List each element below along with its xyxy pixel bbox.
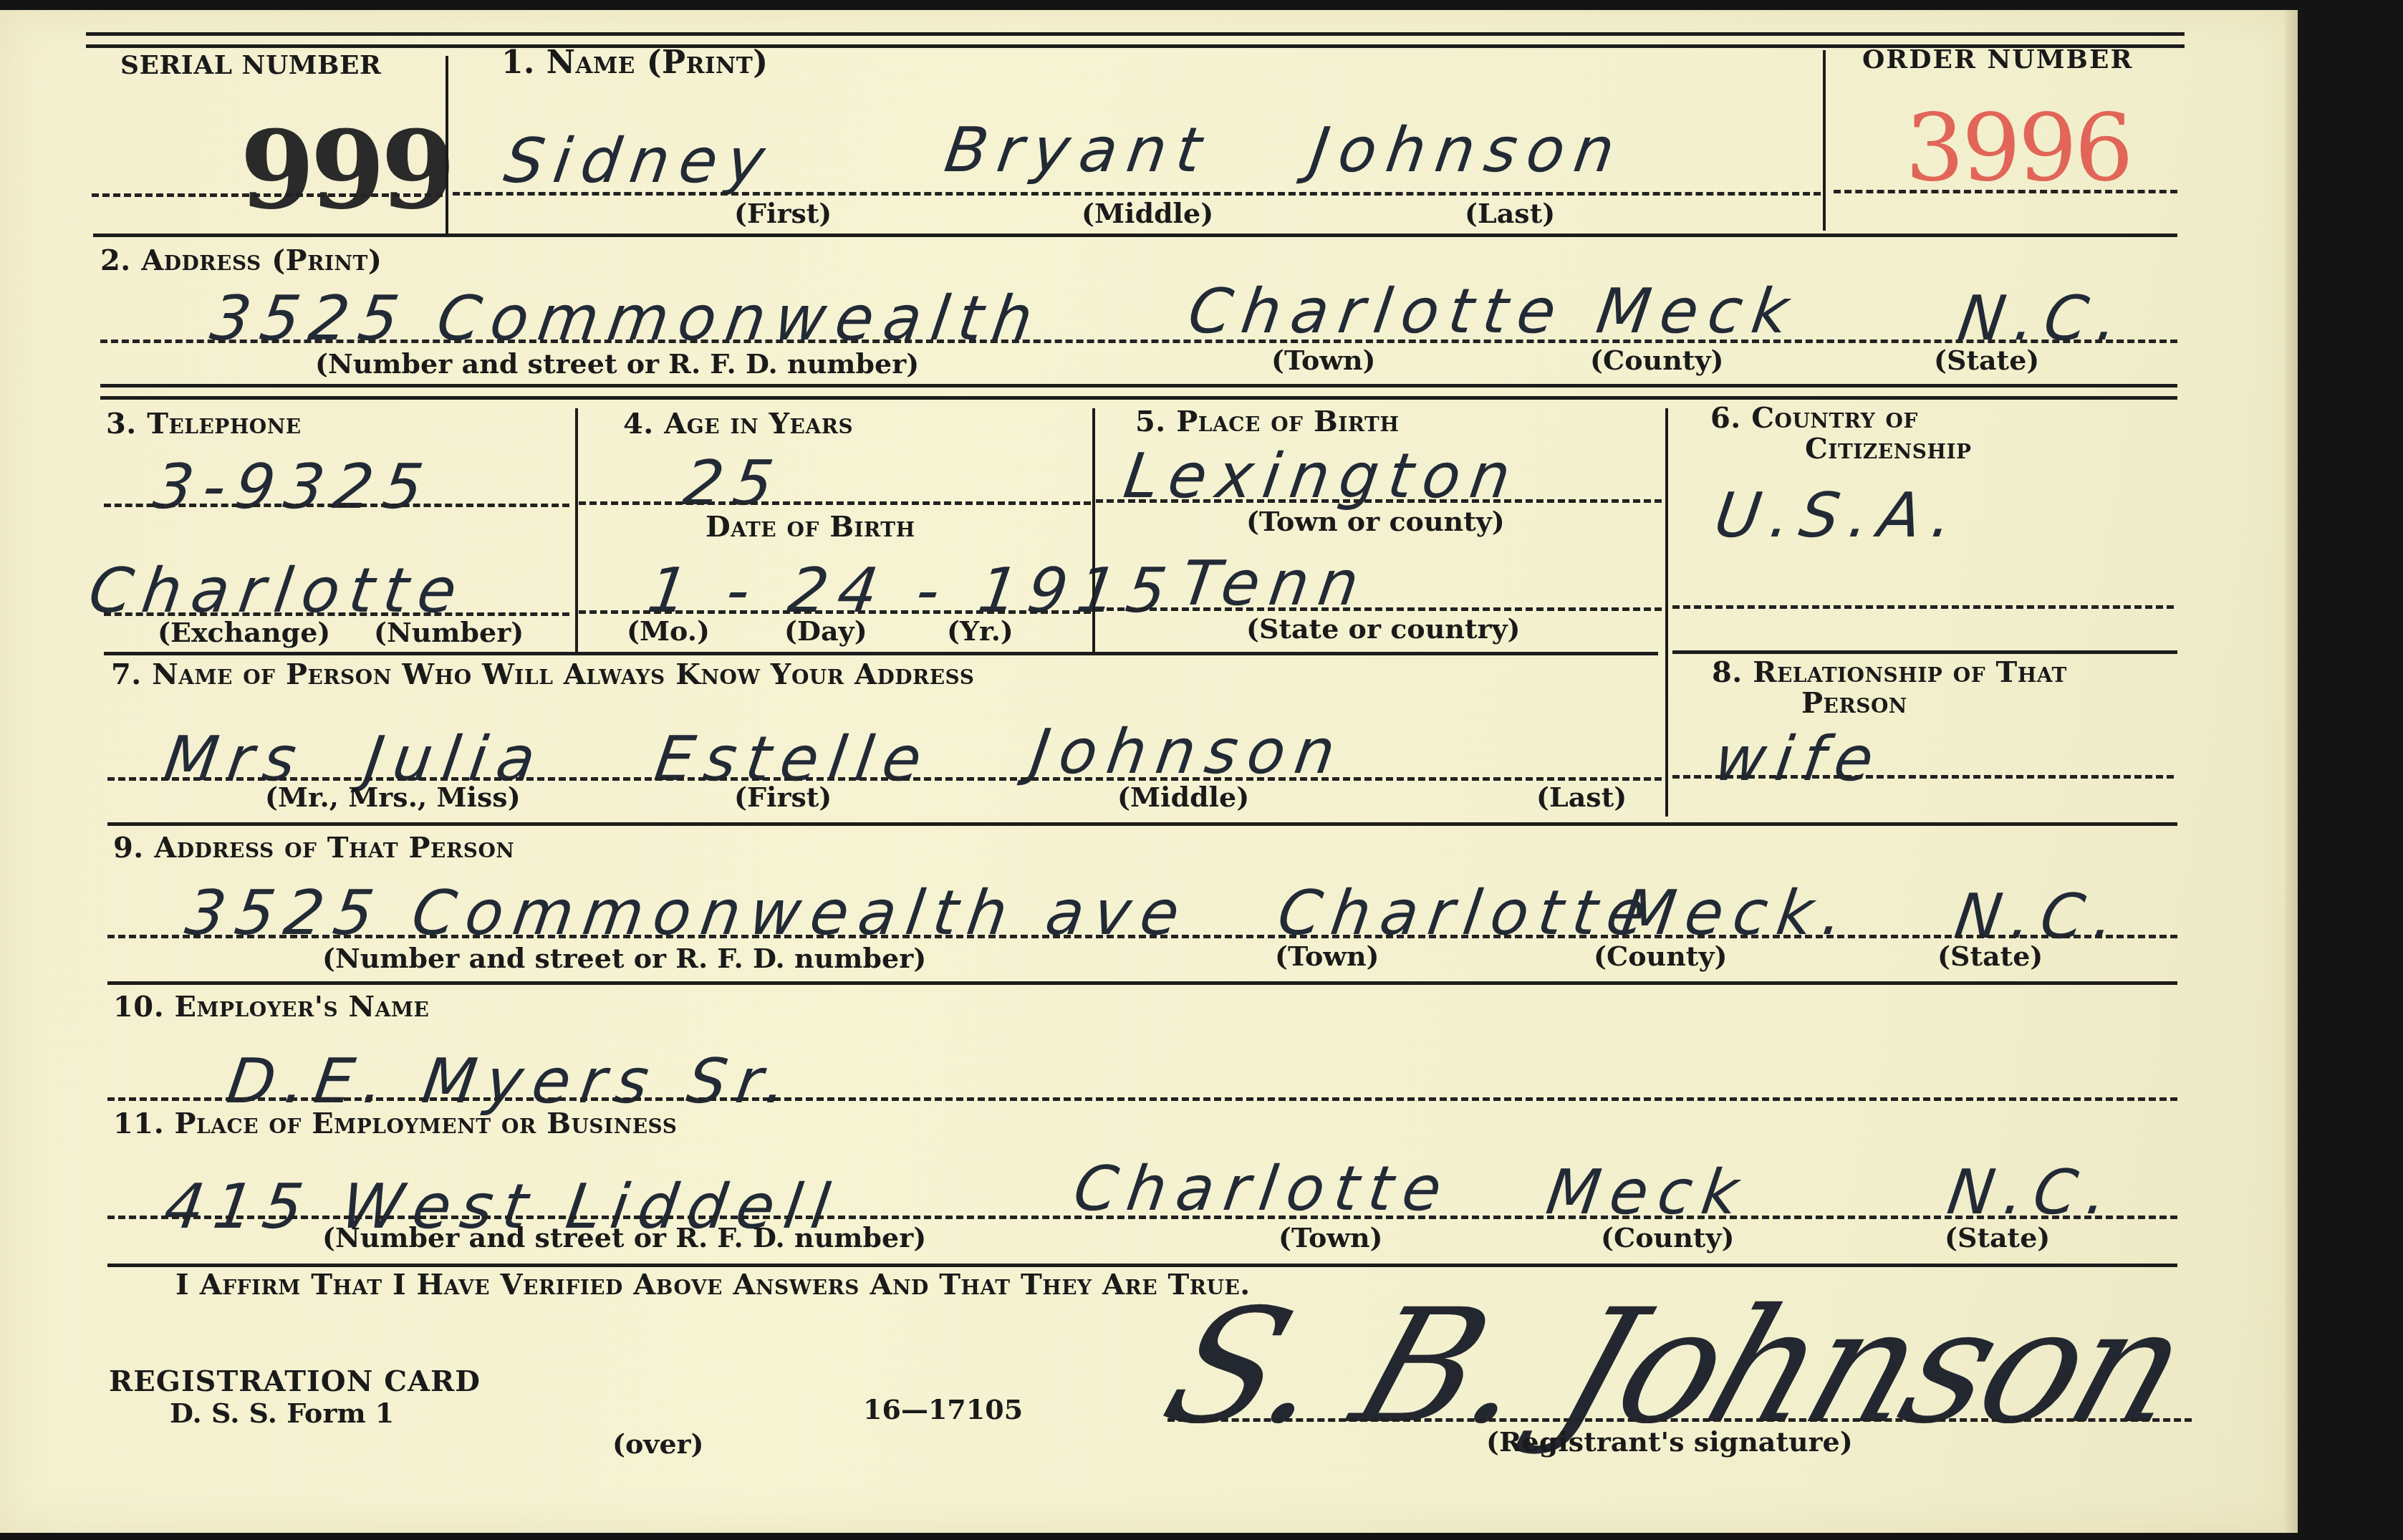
contact-first-caption: (First) xyxy=(734,781,832,813)
contact-last-caption: (Last) xyxy=(1536,781,1627,813)
form-id: D. S. S. Form 1 xyxy=(170,1397,394,1429)
address-county-caption: (County) xyxy=(1590,344,1723,376)
employment-town[interactable]: Charlotte xyxy=(1069,1153,1456,1225)
employer-name-label: 10. Employer's Name xyxy=(113,990,429,1024)
address-label: 2. Address (Print) xyxy=(100,244,382,277)
section-rule xyxy=(100,384,2177,388)
serial-number-label: SERIAL NUMBER xyxy=(120,50,381,80)
contact-county-caption: (County) xyxy=(1594,940,1727,972)
contact-address-town[interactable]: Charlotte xyxy=(1273,877,1660,949)
telephone-label: 3. Telephone xyxy=(106,407,302,441)
age-label: 4. Age in Years xyxy=(623,407,853,441)
number-caption: (Number) xyxy=(374,616,524,648)
employment-state-caption: (State) xyxy=(1945,1221,2050,1253)
card-edge xyxy=(2285,10,2298,1533)
contact-town-caption: (Town) xyxy=(1275,940,1379,972)
employment-street-caption: (Number and street or R. F. D. number) xyxy=(322,1221,926,1253)
birthplace-dash-line-2 xyxy=(1096,607,1662,611)
print-code: 16—17105 xyxy=(863,1393,1023,1425)
signature-caption: (Registrant's signature) xyxy=(1486,1425,1853,1458)
employment-dash-line xyxy=(107,1216,2177,1219)
address-town[interactable]: Charlotte xyxy=(1184,276,1571,347)
citizenship-value[interactable]: U.S.A. xyxy=(1710,480,1967,552)
age-value[interactable]: 25 xyxy=(679,448,787,519)
name-first[interactable]: Sidney xyxy=(500,125,779,197)
birthplace-town-caption: (Town or county) xyxy=(1246,505,1505,537)
contact-middle-caption: (Middle) xyxy=(1117,781,1249,813)
serial-number-value: 999 xyxy=(240,107,451,234)
section-rule xyxy=(107,981,2177,985)
serial-dash-line xyxy=(92,193,443,197)
employment-label: 11. Place of Employment or Business xyxy=(113,1107,677,1140)
top-rule xyxy=(86,32,2185,36)
address-dash-line xyxy=(100,340,2177,343)
divider xyxy=(1823,50,1826,231)
date-of-birth-label: Date of Birth xyxy=(706,510,915,544)
section-rule xyxy=(107,822,2177,826)
order-number-value: 3996 xyxy=(1905,93,2131,202)
contact-name-label: 7. Name of Person Who Will Always Know Y… xyxy=(111,658,974,691)
address-county[interactable]: Meck xyxy=(1592,276,1803,347)
day-caption: (Day) xyxy=(784,615,867,647)
name-last-caption: (Last) xyxy=(1465,197,1555,229)
name-middle[interactable]: Bryant xyxy=(940,115,1215,186)
month-caption: (Mo.) xyxy=(627,615,710,647)
name-first-caption: (First) xyxy=(734,197,832,229)
signature-dash-line xyxy=(1167,1418,2192,1422)
citizenship-label: 6. Country of xyxy=(1710,401,1918,435)
contact-address-street[interactable]: 3525 Commonwealth ave xyxy=(181,877,1194,949)
exchange-caption: (Exchange) xyxy=(158,616,330,648)
address-street-caption: (Number and street or R. F. D. number) xyxy=(315,347,919,380)
section-rule-2 xyxy=(100,396,2177,400)
contact-address-label: 9. Address of That Person xyxy=(113,831,514,865)
relationship-value[interactable]: wife xyxy=(1710,723,1887,795)
employer-dash-line xyxy=(107,1097,2177,1101)
section-rule xyxy=(93,234,2177,237)
address-town-caption: (Town) xyxy=(1271,344,1376,376)
divider xyxy=(1092,408,1095,652)
name-label: 1. Name (Print) xyxy=(501,44,769,81)
date-of-birth-value[interactable]: 1 - 24 - 1915 xyxy=(643,555,1180,627)
divider xyxy=(1665,408,1668,817)
birthplace-state-caption: (State or country) xyxy=(1246,612,1521,645)
name-last[interactable]: Johnson xyxy=(1306,115,1629,186)
section-rule xyxy=(107,1264,2177,1267)
contact-street-caption: (Number and street or R. F. D. number) xyxy=(322,942,926,974)
citizenship-label-2: Citizenship xyxy=(1805,432,1972,466)
employment-town-caption: (Town) xyxy=(1278,1221,1383,1253)
relationship-label: 8. Relationship of That xyxy=(1712,655,2067,689)
contact-state-caption: (State) xyxy=(1937,940,2043,972)
employment-county-caption: (County) xyxy=(1601,1221,1734,1253)
divider xyxy=(575,408,578,652)
telephone-dash-line xyxy=(104,504,569,507)
affirmation-text: I Affirm That I Have Verified Above Answ… xyxy=(175,1268,1251,1301)
contact-title-caption: (Mr., Mrs., Miss) xyxy=(265,781,521,813)
form-title: REGISTRATION CARD xyxy=(109,1365,481,1398)
over-label: (over) xyxy=(612,1428,704,1460)
dob-dash-line xyxy=(579,610,1091,614)
telephone-number[interactable]: 3-9325 xyxy=(149,451,438,523)
section-rule xyxy=(1672,650,2177,654)
citizenship-dash-line xyxy=(1672,605,2174,609)
address-state-caption: (State) xyxy=(1934,344,2039,376)
name-middle-caption: (Middle) xyxy=(1082,197,1213,229)
contact-address-dash-line xyxy=(107,935,2177,938)
section-rule xyxy=(104,652,1658,655)
year-caption: (Yr.) xyxy=(947,615,1013,647)
order-dash-line xyxy=(1834,190,2177,193)
relationship-label-2: Person xyxy=(1801,686,1907,720)
order-number-label: ORDER NUMBER xyxy=(1862,44,2133,74)
divider xyxy=(446,56,448,236)
place-of-birth-label: 5. Place of Birth xyxy=(1135,405,1399,438)
name-dash-line xyxy=(453,192,1821,196)
address-street[interactable]: 3525 Commonwealth xyxy=(206,283,1047,355)
contact-address-county[interactable]: Meck. xyxy=(1617,877,1858,949)
age-dash-line xyxy=(579,501,1091,505)
birthplace-dash-line xyxy=(1096,499,1662,503)
relationship-dash-line xyxy=(1672,775,2174,779)
